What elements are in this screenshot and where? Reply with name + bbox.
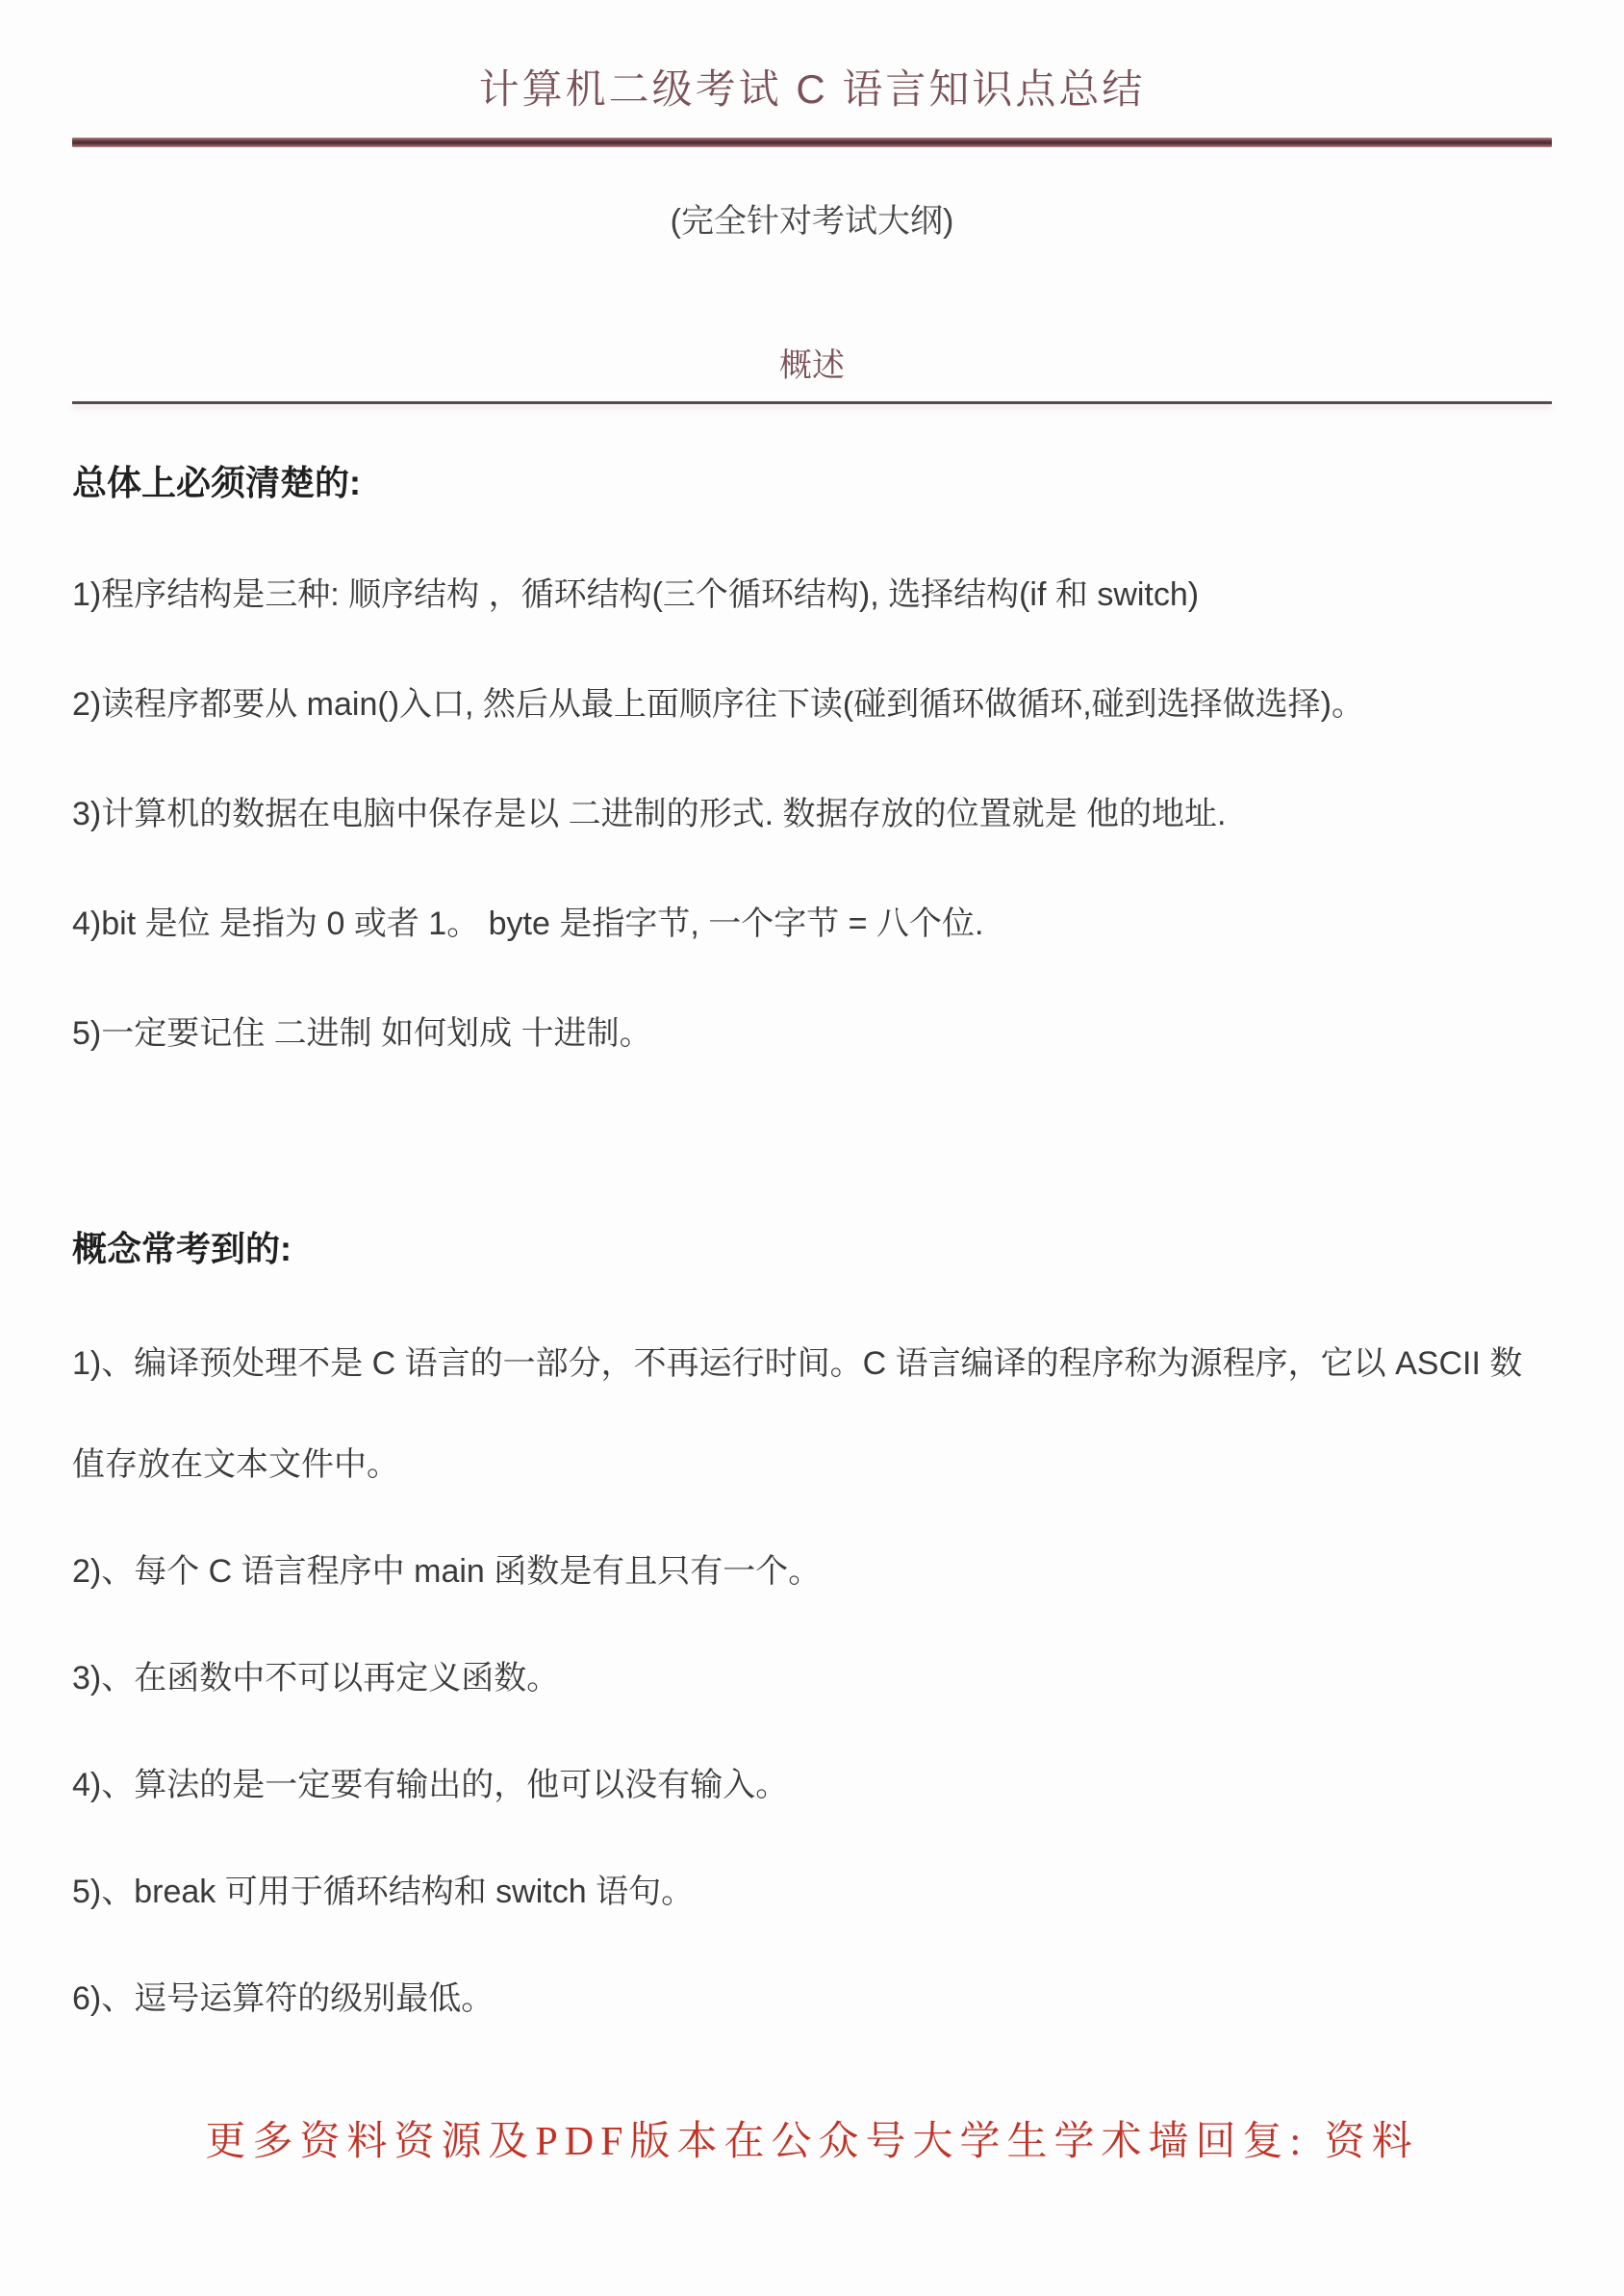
concept-item-6: 6)、逗号运算符的级别最低。 — [72, 1949, 1552, 2050]
page-title: 计算机二级考试 C 语言知识点总结 — [72, 65, 1552, 114]
section-title-overview: 概述 — [72, 346, 1552, 386]
concept-item-5: 5)、break 可用于循环结构和 switch 语句。 — [72, 1842, 1552, 1943]
doc-subtitle: (完全针对考试大纲) — [72, 202, 1552, 242]
overview-item-3: 3)计算机的数据在电脑中保存是以 二进制的形式. 数据存放的位置就是 他的地址. — [72, 764, 1552, 865]
overview-item-4: 4)bit 是位 是指为 0 或者 1。 byte 是指字节, 一个字节 = 八… — [72, 874, 1552, 975]
overview-item-2: 2)读程序都要从 main()入口, 然后从最上面顺序往下读(碰到循环做循环,碰… — [72, 654, 1552, 755]
overview-item-1: 1)程序结构是三种: 顺序结构 ，循环结构(三个循环结构), 选择结构(if 和… — [72, 545, 1552, 646]
concept-item-4: 4)、算法的是一定要有输出的，他可以没有输入。 — [72, 1735, 1552, 1836]
concept-item-1: 1)、编译预处理不是 C 语言的一部分，不再运行时间。C 语言编译的程序称为源程… — [72, 1314, 1552, 1516]
overview-item-5: 5)一定要记住 二进制 如何划成 十进制。 — [72, 983, 1552, 1084]
document-page: 计算机二级考试 C 语言知识点总结 (完全针对考试大纲) 概述 总体上必须清楚的… — [0, 0, 1624, 2296]
title-divider-rule — [72, 138, 1552, 147]
section-divider-rule — [72, 401, 1552, 404]
concept-item-3: 3)、在函数中不可以再定义函数。 — [72, 1628, 1552, 1729]
concept-item-2: 2)、每个 C 语言程序中 main 函数是有且只有一个。 — [72, 1521, 1552, 1622]
overview-heading: 总体上必须清楚的: — [72, 460, 1552, 505]
concepts-heading: 概念常考到的: — [72, 1226, 1552, 1271]
footer-watermark-note: 更多资料资源及PDF版本在公众号大学生学术墙回复: 资料 — [72, 2117, 1552, 2167]
